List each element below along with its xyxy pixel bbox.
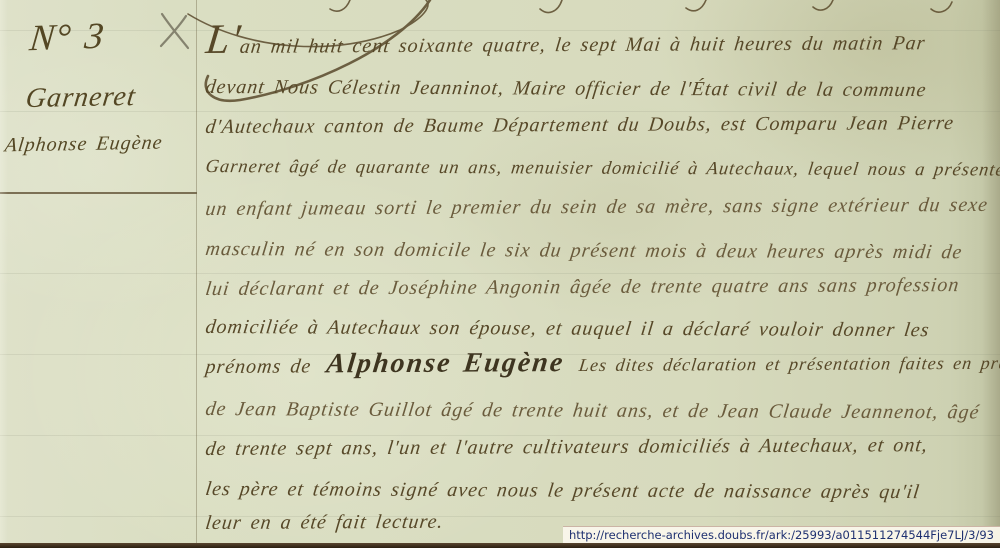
manuscript-line-child-name: prénoms de Alphonse Eugène Les dites déc… [204,348,1000,380]
manuscript-line: masculin né en son domicile le six du pr… [204,236,964,265]
child-given-names: Alphonse Eugène [325,347,566,379]
pencil-x-mark [158,8,192,50]
act-body: L'an mil huit cent soixante quatre, le s… [204,0,1000,548]
manuscript-line: de Jean Baptiste Guillot âgé de trente h… [204,396,981,425]
manuscript-line: d'Autechaux canton de Baume Département … [204,110,956,140]
manuscript-line: leur en a été fait lecture. [204,509,445,536]
margin-surname: Garneret [24,81,138,115]
manuscript-line: Garneret âgé de quarante un ans, menuisi… [204,154,1000,183]
manuscript-line: domiciliée à Autechaux son épouse, et au… [204,314,931,343]
register-page-scan: N° 3 Garneret Alphonse Eugène L'an mil h… [0,0,1000,548]
name-line-suffix: Les dites déclaration et présentation fa… [578,353,1000,375]
manuscript-line: lui déclarant et de Joséphine Angonin âg… [204,272,961,302]
act-number: N° 3 [28,15,107,61]
name-line-prefix: prénoms de [204,355,312,378]
manuscript-line: L'an mil huit cent soixante quatre, le s… [204,26,928,60]
page-left-edge [0,0,8,548]
page-bottom-edge [0,543,1000,548]
margin-separator-line [196,0,197,548]
manuscript-line: devant Nous Célestin Jeanninot, Maire of… [204,74,928,103]
manuscript-line: un enfant jumeau sorti le premier du sei… [204,192,990,222]
manuscript-line: les père et témoins signé avec nous le p… [204,476,921,505]
manuscript-line: de trente sept ans, l'un et l'autre cult… [204,432,930,462]
margin-underline [0,192,197,194]
archive-url-watermark: http://recherche-archives.doubs.fr/ark:/… [563,526,1000,544]
margin-given-names: Alphonse Eugène [3,132,164,158]
